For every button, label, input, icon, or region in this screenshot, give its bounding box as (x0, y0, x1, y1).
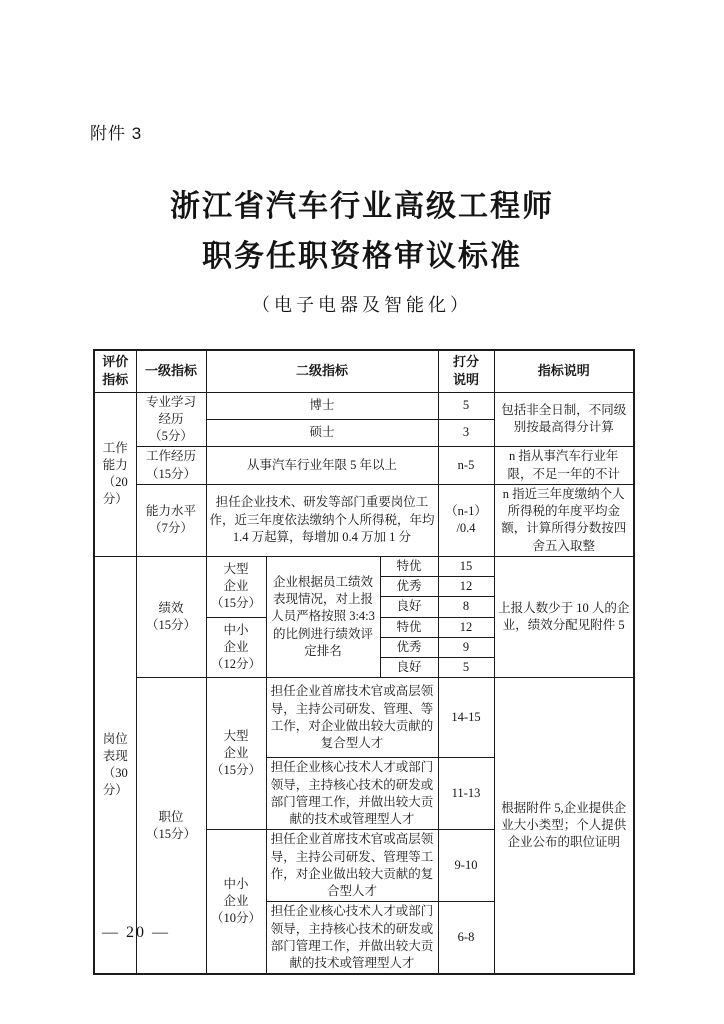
page-title-line2: 职务任职资格审议标准 (60, 232, 664, 282)
cell-perf-grade-score: 15 (438, 556, 494, 576)
table-row: 工作经历 （15分） 从事汽车行业年限 5 年以上 n-5 n 指从事汽车行业年… (94, 447, 634, 485)
cell-study-label: 专业学习 经历 （5分） (136, 392, 206, 447)
table-row: 能力水平 （7分） 担任企业技术、研发等部门重要岗位工作，近三年度依法缴纳个人所… (94, 484, 634, 556)
cell-position-score: 6-8 (438, 902, 494, 975)
cell-ability-desc: 担任企业技术、研发等部门重要岗位工作，近三年度依法缴纳个人所得税，年均 1.4 … (206, 484, 438, 556)
cell-perf-grade-label: 特优 (380, 617, 438, 637)
header-level2-indicator: 二级指标 (206, 350, 438, 392)
cell-position-desc: 担任企业首席技术官或高层领导，主持公司研发、管理等工作，对企业做出较大贡献的复合… (266, 830, 438, 902)
cell-perf-grade-label: 良好 (380, 658, 438, 678)
page-subtitle: （电子电器及智能化） (60, 291, 664, 317)
cell-position-score: 14-15 (438, 678, 494, 758)
cell-position-score: 11-13 (438, 758, 494, 830)
cell-perf-grade-label: 优秀 (380, 637, 438, 657)
cell-perf-large-label: 大型 企业 （15分） (206, 556, 266, 617)
cell-perf-label: 绩效 （15分） (136, 556, 206, 678)
cell-perf-grade-score: 9 (438, 637, 494, 657)
header-level1-indicator: 一级指标 (136, 350, 206, 392)
cell-ability-label: 能力水平 （7分） (136, 484, 206, 556)
table-row: 职位 （15分） 大型 企业 （15分） 担任企业首席技术官或高层领导，主持公司… (94, 678, 634, 758)
page-number: — 20 — (102, 924, 170, 942)
cell-perf-grade-label: 良好 (380, 597, 438, 617)
cell-perf-grade-score: 5 (438, 658, 494, 678)
cell-perf-grade-label: 优秀 (380, 577, 438, 597)
cell-perf-note: 上报人数少于 10 人的企业，绩效分配见附件 5 (494, 556, 634, 678)
cell-perf-grade-score: 12 (438, 577, 494, 597)
cell-category-post-performance: 岗位 表现 （30 分） (94, 556, 136, 974)
criteria-table: 评价 指标 一级指标 二级指标 打分 说明 指标说明 工作 能力 （20 分） … (93, 349, 635, 975)
cell-perf-small-label: 中小 企业 （12分） (206, 617, 266, 678)
cell-workexp-desc: 从事汽车行业年限 5 年以上 (206, 447, 438, 485)
table-row: 岗位 表现 （30 分） 绩效 （15分） 大型 企业 （15分） 企业根据员工… (94, 556, 634, 576)
header-score-note: 打分 说明 (438, 350, 494, 392)
cell-perf-grade-score: 8 (438, 597, 494, 617)
cell-position-small-label: 中小 企业 （10分） (206, 830, 266, 975)
title-block: 浙江省汽车行业高级工程师 职务任职资格审议标准 （电子电器及智能化） (60, 182, 664, 317)
cell-study-master-score: 3 (438, 419, 494, 446)
cell-position-note: 根据附件 5,企业提供企业大小类型；个人提供企业公布的职位证明 (494, 678, 634, 975)
cell-perf-desc: 企业根据员工绩效表现情况，对上报人员严格按照 3:4:3 的比例进行绩效评定排名 (266, 556, 380, 678)
cell-position-desc: 担任企业首席技术官或高层领导，主持公司研发、管理、等工作，对企业做出较大贡献的复… (266, 678, 438, 758)
cell-perf-grade-label: 特优 (380, 556, 438, 576)
attachment-label: 附件 3 (90, 119, 142, 144)
cell-workexp-label: 工作经历 （15分） (136, 447, 206, 485)
cell-position-large-label: 大型 企业 （15分） (206, 678, 266, 830)
header-eval-indicator: 评价 指标 (94, 350, 136, 392)
cell-study-phd-score: 5 (438, 392, 494, 419)
cell-ability-note: n 指近三年度缴纳个人所得税的年度平均金额，计算所得分数按四舍五入取整 (494, 484, 634, 556)
document-page: 附件 3 浙江省汽车行业高级工程师 职务任职资格审议标准 （电子电器及智能化） … (0, 0, 724, 1024)
cell-position-desc: 担任企业核心技术人才或部门领导，主持核心技术的研发或部门管理工作，并做出较大贡献… (266, 758, 438, 830)
cell-position-score: 9-10 (438, 830, 494, 902)
cell-workexp-score: n-5 (438, 447, 494, 485)
cell-study-note: 包括非全日制，不同级别按最高得分计算 (494, 392, 634, 447)
table-header-row: 评价 指标 一级指标 二级指标 打分 说明 指标说明 (94, 350, 634, 392)
header-indicator-note: 指标说明 (494, 350, 634, 392)
cell-category-work-ability: 工作 能力 （20 分） (94, 392, 136, 556)
cell-study-master: 硕士 (206, 419, 438, 446)
table-row: 工作 能力 （20 分） 专业学习 经历 （5分） 博士 5 包括非全日制，不同… (94, 392, 634, 419)
page-title-line1: 浙江省汽车行业高级工程师 (60, 182, 664, 232)
cell-position-desc: 担任企业核心技术人才或部门领导，主持核心技术的研发或部门管理工作，并做出较大贡献… (266, 902, 438, 975)
cell-ability-score: （n-1） /0.4 (438, 484, 494, 556)
cell-workexp-note: n 指从事汽车行业年限，不足一年的不计 (494, 447, 634, 485)
cell-study-phd: 博士 (206, 392, 438, 419)
cell-perf-grade-score: 12 (438, 617, 494, 637)
